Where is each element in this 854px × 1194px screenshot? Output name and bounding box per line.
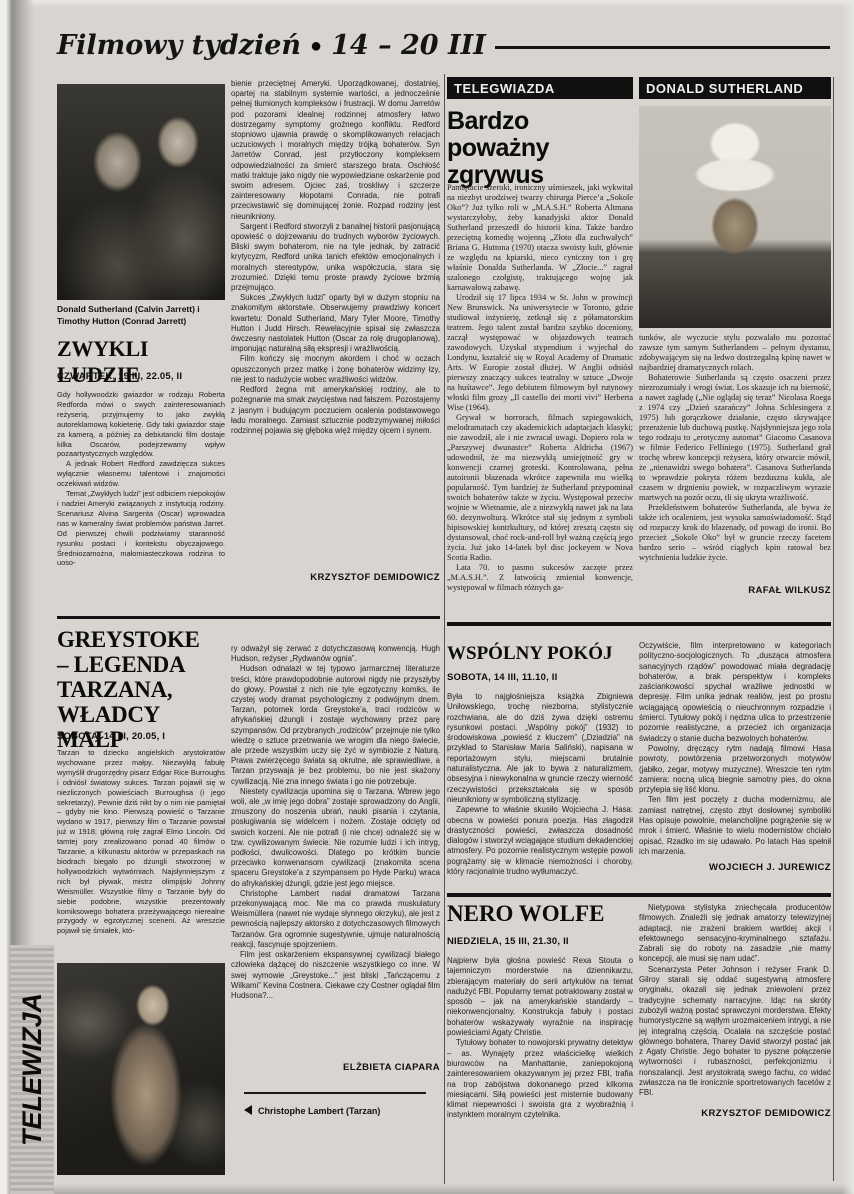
article-body-nero-col2: Nietypowa stylistyka zniechęcała produce… [639,903,831,1103]
paragraph: Scenarzysta Peter Johnson i reżyser Fran… [639,965,831,1099]
star-name-bar: DONALD SUTHERLAND [639,77,831,99]
paragraph: Bohaterowie Sutherlanda są często osacze… [639,373,831,503]
paragraph: Grywał w horrorach, filmach szpiegowskic… [447,413,633,563]
paragraph: Sargent i Redford stworzyli z banalnej h… [231,222,440,293]
photo-caption-tarzan: Christophe Lambert (Tarzan) [244,1104,440,1118]
star-name-label: DONALD SUTHERLAND [646,81,803,96]
article-body-zwykli-col1: Gdy hollywoodzki gwiazdor w rodzaju Robe… [57,390,225,614]
title-line: – LEGENDA [57,652,229,677]
paragraph: Tytułowy bohater to nowojorski prywatny … [447,1038,633,1120]
paragraph: Oczywiście, film interpretowano w katego… [639,641,831,744]
author-signature-greystoke: ELŻBIETA CIAPARA [231,1062,440,1073]
kicker-label: TELEGWIAZDA [454,81,555,96]
title-line: TARZANA, [57,677,229,702]
article-body-zwykli-col2: bienie przeciętnej Ameryki. Uporządkowan… [231,79,440,565]
photo-donald-sutherland-portrait [639,106,831,328]
paragraph: Lata 70. to pasmo sukcesów zaczęte przez… [447,563,633,593]
schedule-nero: NIEDZIELA, 15 III, 21.30, II [447,936,637,947]
paragraph: Zapewne to właśnie skusiło Wojciecha J. … [447,805,633,877]
article-body-telegwiazda-col2: tunków, ale wyczucie stylu pozwalało mu … [639,333,831,603]
article-body-greystoke-col1: Tarzan to dziecko angielskich arystokrat… [57,748,225,960]
paragraph: Była to najgłośniejsza książka Zbigniewa… [447,692,633,805]
paragraph: Film jest oskarżeniem ekspansywnej cywil… [231,950,440,1001]
article-body-greystoke-col2: ry odważył się zerwać z dotychczasową ko… [231,644,440,1056]
author-signature-wspolny: WOJCIECH J. JUREWICZ [639,862,831,873]
paragraph: Redford żegna mit amerykańskiej rodziny,… [231,385,440,436]
title-line: GREYSTOKE [57,627,229,652]
page-title: Filmowy tydzień [57,30,301,61]
page-edge-bottom [0,1184,854,1194]
section-banner-telewizja: TELEWIZJA [10,945,54,1194]
article-title-wspolny: WSPÓLNY POKÓJ [447,643,637,665]
column-rule-right [833,77,834,1181]
date-range: 14 – 20 III [331,30,486,61]
paragraph: Nietypowa stylistyka zniechęcała produce… [639,903,831,965]
paragraph: ry odważył się zerwać z dotychczasową ko… [231,644,440,664]
photo-zwykli-ludzie-still [57,84,225,300]
schedule-wspolny: SOBOTA, 14 III, 11.10, II [447,672,637,683]
paragraph: Ten film jest poczęty z ducha modernizmu… [639,795,831,855]
paragraph: Urodził się 17 lipca 1934 w St. John w p… [447,293,633,413]
caption-text: Christophe Lambert (Tarzan) [258,1106,380,1116]
paragraph: Hudson odnalazł w tej typowo jarmarcznej… [231,664,440,786]
column-rule-middle [444,74,445,1184]
paragraph: bienie przeciętnej Ameryki. Uporządkowan… [231,79,440,222]
page-edge-right [842,0,854,1194]
paragraph: Tarzan to dziecko angielskich arystokrat… [57,748,225,936]
divider-nero [447,893,831,897]
author-signature-zwykli: KRZYSZTOF DEMIDOWICZ [231,572,440,583]
paragraph: Sukces „Zwykłych ludzi” oparty był w duż… [231,293,440,354]
page-header: Filmowy tydzień ● 14 – 20 III [57,30,830,61]
author-signature-nero: KRZYSZTOF DEMIDOWICZ [639,1108,831,1119]
title-line: WŁADCY MAŁP [57,702,229,752]
paragraph: Gdy hollywoodzki gwiazdor w rodzaju Robe… [57,390,225,459]
article-body-nero-col1: Najpierw była głośna powieść Rexa Stouta… [447,956,633,1136]
article-body-telegwiazda-col1: Pamiętacie szeroki, ironiczny uśmieszek,… [447,183,633,642]
article-title-telegwiazda: Bardzo poważny zgrywus [447,108,637,189]
caption-arrow-icon [244,1105,252,1115]
magazine-page: Filmowy tydzień ● 14 – 20 III Donald Sut… [0,0,854,1194]
paragraph: Niestety cywilizacja upomina się o Tarza… [231,787,440,889]
paragraph: Najpierw była głośna powieść Rexa Stouta… [447,956,633,1038]
paragraph: Film kończy się mocnym akordem i choć w … [231,354,440,385]
paragraph: A jednak Robert Redford zawdzięcza sukce… [57,459,225,489]
photo-caption-zwykli: Donald Sutherland (Calvin Jarrett) i Tim… [57,304,225,327]
schedule-zwykli: CZWARTEK, 19 III, 22.05, II [57,371,225,382]
bullet-icon: ● [310,36,322,56]
paragraph: Powolny, dręczący rytm nadają filmowi Ha… [639,744,831,795]
divider-wspolny [447,622,831,626]
paragraph: Przekleństwem bohaterów Sutherlanda, ale… [639,503,831,563]
section-label: TELEWIZJA [17,993,48,1146]
article-title-nero: NERO WOLFE [447,901,637,927]
article-body-wspolny-col2: Oczywiście, film interpretowano w katego… [639,641,831,855]
paragraph: Pamiętacie szeroki, ironiczny uśmieszek,… [447,183,633,293]
paragraph: Temat „Zwykłych ludzi” jest odbiciem nie… [57,489,225,568]
paragraph: Christophe Lambert nadał dramatowi Tarza… [231,889,440,950]
divider-left-section [57,616,440,619]
kicker-bar: TELEGWIAZDA [447,77,633,99]
photo-tarzan-lambert [57,963,225,1175]
paragraph: tunków, ale wyczucie stylu pozwalało mu … [639,333,831,373]
schedule-greystoke: SOBOTA, 14 III, 20.05, I [57,731,225,742]
header-rule [495,46,830,49]
article-body-wspolny-col1: Była to najgłośniejsza książka Zbigniewa… [447,692,633,890]
page-edge-top [0,0,854,8]
author-signature-telegwiazda: RAFAŁ WILKUSZ [639,585,831,596]
caption-rule [244,1092,426,1094]
